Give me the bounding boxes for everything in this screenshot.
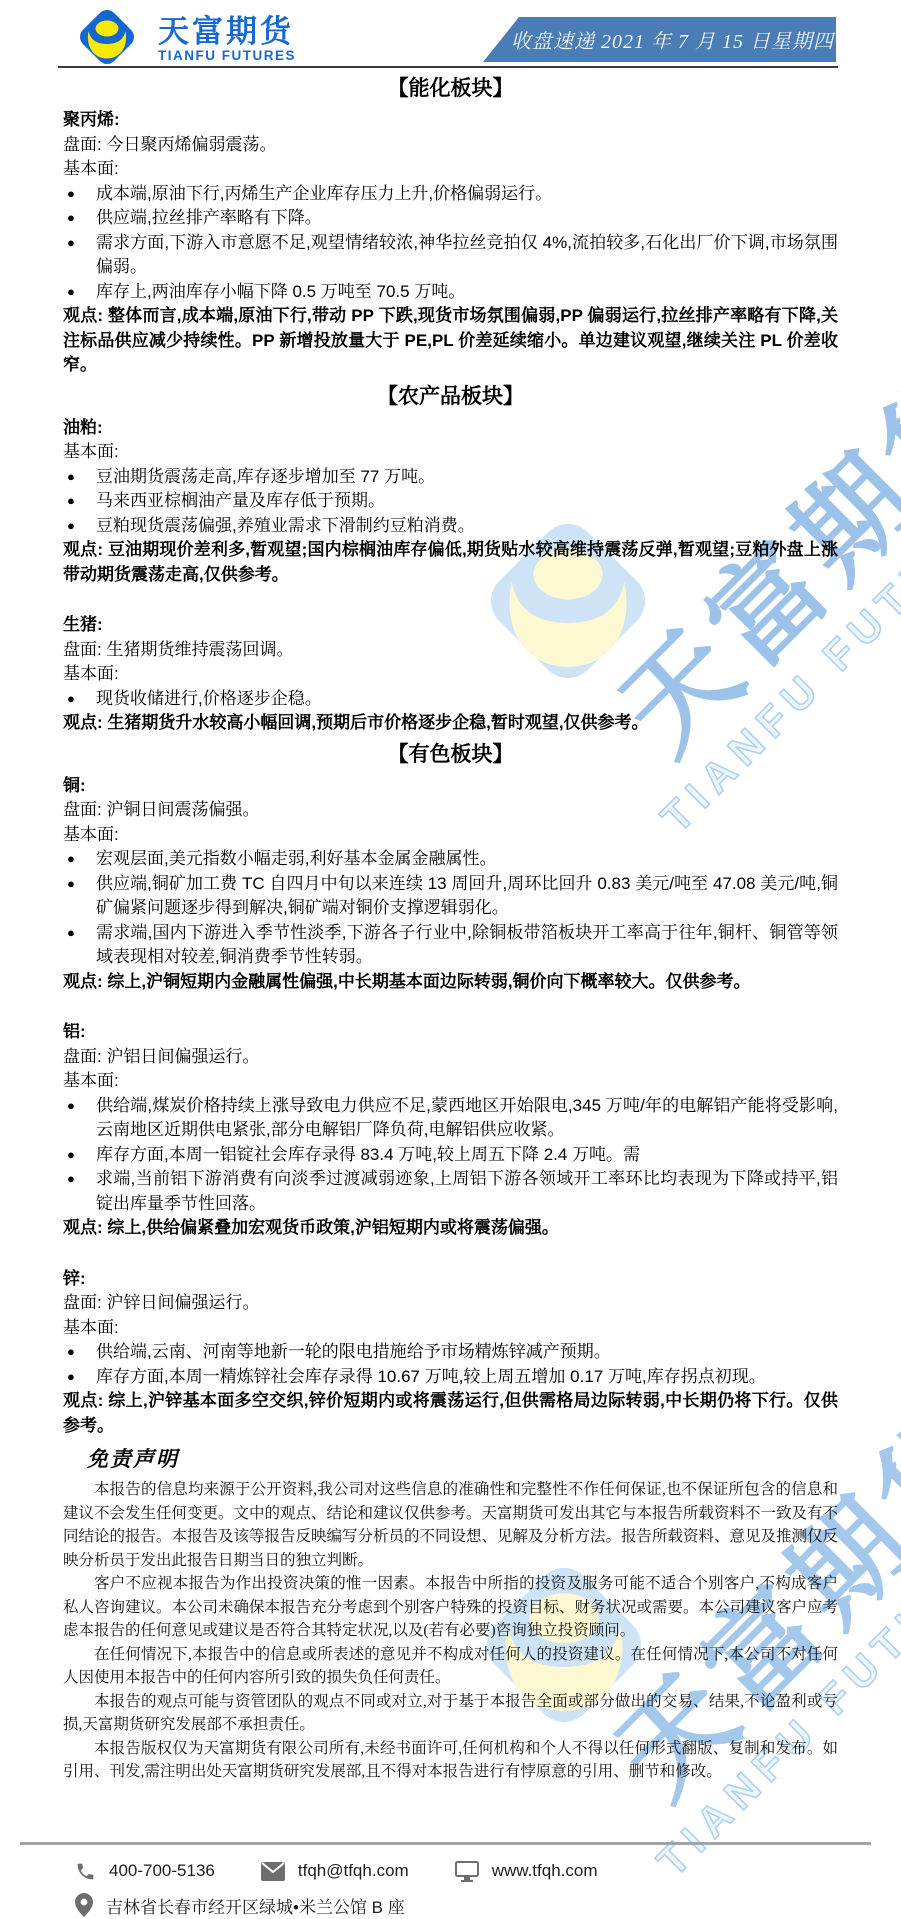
watermark-text-en: TIANFU FUTURES (648, 1852, 901, 1900)
disclaimer-paragraph: 在任何情况下,本报告中的信息或所表述的意见并不构成对任何人的投资建议。在任何情况… (63, 1643, 838, 1690)
commodity-block: 锌: 盘面: 沪锌日间偏强运行。 基本面: ●供给端,云南、河南等地新一轮的限电… (63, 1267, 838, 1439)
bullet-item: ●库存方面,本周一精炼锌社会库存录得 10.67 万吨,较上周五增加 0.17 … (63, 1365, 838, 1390)
bullet-item: ●供应端,铜矿加工费 TC 自四月中旬以来连续 13 周回升,周环比回升 0.8… (63, 872, 838, 921)
bullet-icon: ● (67, 1094, 75, 1119)
commodity-name: 铝: (63, 1020, 838, 1045)
commodity-block: 油粕: 基本面: ●豆油期货震荡走高,库存逐步增加至 77 万吨。 ●马来西亚棕… (63, 416, 838, 588)
bullet-icon: ● (67, 921, 75, 946)
bullet-item: ●供给端,云南、河南等地新一轮的限电措施给予市场精炼锌减产预期。 (63, 1340, 838, 1365)
logo-en-text: TIANFU FUTURES (158, 48, 296, 64)
bullet-icon: ● (67, 1365, 75, 1390)
bullet-icon: ● (67, 687, 75, 712)
bullet-icon: ● (67, 1143, 75, 1168)
disclaimer-paragraph: 本报告的信息均来源于公开资料,我公司对这些信息的准确性和完整性不作任何保证,也不… (63, 1478, 838, 1572)
viewpoint-line: 观点: 综上,沪锌基本面多空交织,锌价短期内或将震荡运行,但供需格局边际转弱,中… (63, 1389, 838, 1438)
pan-line: 盘面: 沪铝日间偏强运行。 (63, 1045, 838, 1070)
pan-line: 盘面: 沪锌日间偏强运行。 (63, 1291, 838, 1316)
footer-divider (20, 1842, 871, 1845)
bullet-icon: ● (67, 514, 75, 539)
report-page: 天富期货 TIANFU FUTURES 天富期货 TIANFU FUTURES … (0, 0, 901, 1919)
section-title: 【有色板块】 (63, 739, 838, 771)
commodity-name: 生猪: (63, 613, 838, 638)
email-address[interactable]: tfqh@tfqh.com (298, 1861, 409, 1881)
footer-website[interactable]: www.tfqh.com (455, 1861, 598, 1882)
bullet-item: ●库存方面,本周一铝锭社会库存录得 83.4 万吨,较上周五下降 2.4 万吨。… (63, 1143, 838, 1168)
disclaimer-paragraph: 客户不应视本报告为作出投资决策的惟一因素。本报告中所指的投资及服务可能不适合个别… (63, 1572, 838, 1643)
monitor-icon (455, 1861, 479, 1882)
commodity-block: 聚丙烯: 盘面: 今日聚丙烯偏弱震荡。 基本面: ●成本端,原油下行,丙烯生产企… (63, 108, 838, 378)
phone-icon (75, 1861, 96, 1882)
fundamentals-label: 基本面: (63, 1316, 838, 1341)
pan-line: 盘面: 今日聚丙烯偏弱震荡。 (63, 133, 838, 158)
commodity-name: 锌: (63, 1267, 838, 1292)
disclaimer-title: 免责声明 (87, 1444, 838, 1474)
bullet-icon: ● (67, 872, 75, 897)
bullet-item: ●成本端,原油下行,丙烯生产企业库存压力上升,价格偏弱运行。 (63, 182, 838, 207)
phone-number[interactable]: 400-700-5136 (109, 1861, 215, 1881)
section-title: 【农产品板块】 (63, 381, 838, 413)
section-title: 【能化板块】 (63, 73, 838, 105)
viewpoint-line: 观点: 综上,供给偏紧叠加宏观货币政策,沪铝短期内或将震荡偏强。 (63, 1216, 838, 1241)
website-url[interactable]: www.tfqh.com (492, 1861, 598, 1881)
disclaimer-paragraph: 本报告的观点可能与资管团队的观点不同或对立,对于基于本报告全面或部分做出的交易、… (63, 1690, 838, 1737)
fundamentals-label: 基本面: (63, 1069, 838, 1094)
bullet-icon: ● (67, 231, 75, 256)
mail-icon (261, 1862, 285, 1881)
commodity-name: 聚丙烯: (63, 108, 838, 133)
bullet-icon: ● (67, 182, 75, 207)
bullet-icon: ● (67, 280, 75, 305)
pan-line: 盘面: 沪铜日间震荡偏强。 (63, 798, 838, 823)
date-banner: 收盘速递 2021 年 7 月 15 日星期四 (483, 17, 836, 62)
logo-diamond-icon (70, 1, 144, 73)
banner-date-text: 收盘速递 2021 年 7 月 15 日星期四 (483, 17, 836, 62)
viewpoint-line: 观点: 生猪期货升水较高小幅回调,预期后市价格逐步企稳,暂时观望,仅供参考。 (63, 711, 838, 736)
viewpoint-line: 观点: 豆油期现价差利多,暂观望;国内棕榈油库存偏低,期货贴水较高维持震荡反弹,… (63, 538, 838, 587)
fundamentals-label: 基本面: (63, 440, 838, 465)
bullet-icon: ● (67, 465, 75, 490)
fundamentals-label: 基本面: (63, 157, 838, 182)
bullet-item: ●豆油期货震荡走高,库存逐步增加至 77 万吨。 (63, 465, 838, 490)
footer-email[interactable]: tfqh@tfqh.com (261, 1861, 409, 1881)
fundamentals-label: 基本面: (63, 662, 838, 687)
bullet-item: ●求端,当前铝下游消费有向淡季过渡减弱迹象,上周铝下游各领域开工率环比均表现为下… (63, 1167, 838, 1216)
report-body: 【能化板块】 聚丙烯: 盘面: 今日聚丙烯偏弱震荡。 基本面: ●成本端,原油下… (63, 70, 838, 1784)
company-logo: 天富期货 TIANFU FUTURES (70, 1, 296, 73)
address-text: 吉林省长春市经开区绿城•米兰公馆 B 座 (106, 1893, 405, 1918)
disclaimer-section: 免责声明 本报告的信息均来源于公开资料,我公司对这些信息的准确性和完整性不作任何… (63, 1444, 838, 1784)
commodity-block: 铝: 盘面: 沪铝日间偏强运行。 基本面: ●供给端,煤炭价格持续上涨导致电力供… (63, 1020, 838, 1241)
disclaimer-paragraph: 本报告版权仅为天富期货有限公司所有,未经书面许可,任何机构和个人不得以任何形式翻… (63, 1737, 838, 1784)
bullet-icon: ● (67, 1340, 75, 1365)
viewpoint-line: 观点: 整体而言,成本端,原油下行,带动 PP 下跌,现货市场氛围偏弱,PP 偏… (63, 304, 838, 378)
bullet-item: ●现货收储进行,价格逐步企稳。 (63, 687, 838, 712)
bullet-icon: ● (67, 206, 75, 231)
bullet-icon: ● (67, 847, 75, 872)
bullet-item: ●供应端,拉丝排产率略有下降。 (63, 206, 838, 231)
viewpoint-line: 观点: 综上,沪铜短期内金融属性偏强,中长期基本面边际转弱,铜价向下概率较大。仅… (63, 970, 838, 995)
bullet-item: ●库存上,两油库存小幅下降 0.5 万吨至 70.5 万吨。 (63, 280, 838, 305)
pan-line: 盘面: 生猪期货维持震荡回调。 (63, 638, 838, 663)
bullet-item: ●马来西亚棕榈油产量及库存低于预期。 (63, 489, 838, 514)
location-pin-icon (75, 1893, 93, 1917)
bullet-item: ●豆粕现货震荡偏强,养殖业需求下滑制约豆粕消费。 (63, 514, 838, 539)
bullet-item: ●需求方面,下游入市意愿不足,观望情绪较浓,神华拉丝竞拍仅 4%,流拍较多,石化… (63, 231, 838, 280)
footer: 400-700-5136 tfqh@tfqh.com www.tfqh.com (75, 1856, 644, 1919)
footer-phone[interactable]: 400-700-5136 (75, 1861, 215, 1882)
bullet-item: ●需求端,国内下游进入季节性淡季,下游各子行业中,除铜板带箔板块开工率高于往年,… (63, 921, 838, 970)
fundamentals-label: 基本面: (63, 823, 838, 848)
commodity-name: 油粕: (63, 416, 838, 441)
bullet-icon: ● (67, 489, 75, 514)
commodity-block: 铜: 盘面: 沪铜日间震荡偏强。 基本面: ●宏观层面,美元指数小幅走弱,利好基… (63, 774, 838, 995)
bullet-item: ●供给端,煤炭价格持续上涨导致电力供应不足,蒙西地区开始限电,345 万吨/年的… (63, 1094, 838, 1143)
commodity-block: 生猪: 盘面: 生猪期货维持震荡回调。 基本面: ●现货收储进行,价格逐步企稳。… (63, 613, 838, 736)
footer-address: 吉林省长春市经开区绿城•米兰公馆 B 座 (75, 1893, 405, 1918)
bullet-item: ●宏观层面,美元指数小幅走弱,利好基本金属金融属性。 (63, 847, 838, 872)
commodity-name: 铜: (63, 774, 838, 799)
logo-cn-text: 天富期货 (158, 16, 296, 48)
bullet-icon: ● (67, 1167, 75, 1192)
